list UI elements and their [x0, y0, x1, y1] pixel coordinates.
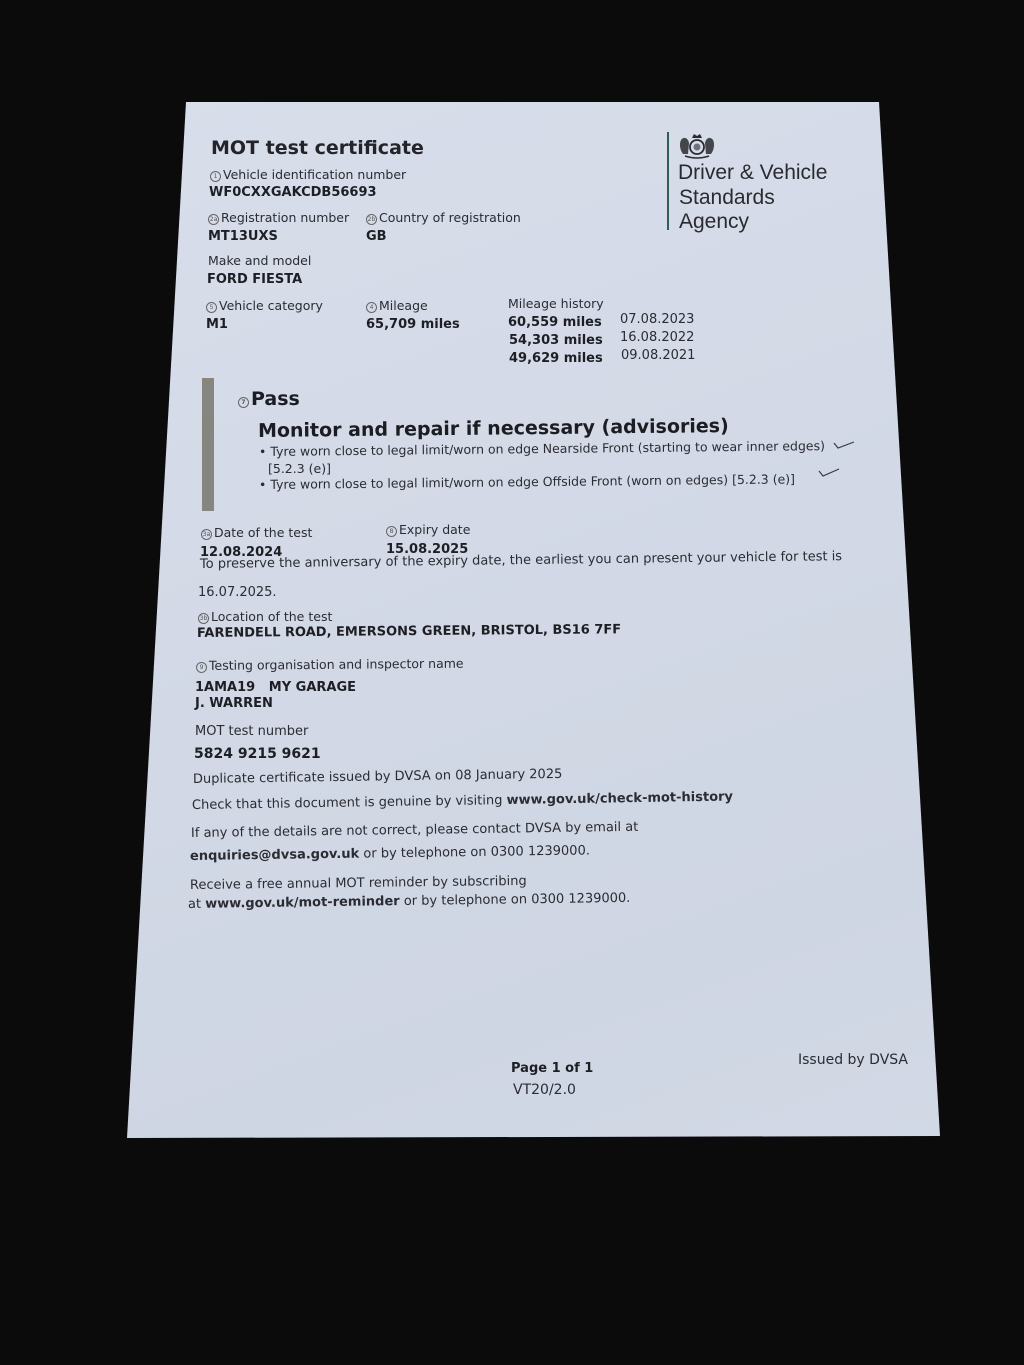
field-number-icon: 3a — [201, 529, 212, 540]
field-number-icon: 9 — [196, 662, 207, 673]
inspector-name: J. WARREN — [195, 696, 273, 711]
check-mot-history-link[interactable]: www.gov.uk/check-mot-history — [506, 790, 733, 809]
make-model-value: FORD FIESTA — [207, 272, 302, 287]
registration-label: 2aRegistration number — [208, 210, 349, 225]
field-number-icon: 8 — [386, 526, 397, 537]
mot-reminder-link[interactable]: www.gov.uk/mot-reminder — [205, 894, 400, 912]
expiry-date-label: 8Expiry date — [386, 522, 470, 537]
genuine-check-note: Check that this document is genuine by v… — [192, 790, 733, 813]
field-number-icon: 2a — [208, 214, 219, 225]
mileage-history-date-1: 07.08.2023 — [620, 312, 694, 327]
anniversary-note-date: 16.07.2025. — [198, 585, 277, 600]
vin-value: WF0CXXGAKCDB56693 — [209, 185, 377, 200]
field-number-icon: 4 — [366, 302, 377, 313]
location-value: FARENDELL ROAD, EMERSONS GREEN, BRISTOL,… — [197, 622, 621, 641]
reminder-note-line2: at www.gov.uk/mot-reminder or by telepho… — [188, 891, 631, 912]
anniversary-note: To preserve the anniversary of the expir… — [200, 549, 842, 572]
agency-name-line2: Standards — [679, 186, 775, 210]
handwritten-tick-icon — [833, 440, 855, 450]
handwritten-tick-icon — [818, 468, 840, 478]
contact-note-line2: enquiries@dvsa.gov.uk or by telephone on… — [190, 843, 590, 864]
agency-name-line1: Driver & Vehicle — [678, 161, 827, 185]
registration-value: MT13UXS — [208, 229, 278, 244]
issued-by: Issued by DVSA — [798, 1052, 908, 1068]
test-number-value: 5824 9215 9621 — [194, 746, 321, 762]
reminder-note-line1: Receive a free annual MOT reminder by su… — [190, 874, 527, 893]
page-number: Page 1 of 1 — [511, 1061, 593, 1076]
testing-org-label: 9Testing organisation and inspector name — [196, 656, 464, 673]
field-number-icon: 7 — [238, 397, 249, 408]
mileage-value: 65,709 miles — [366, 317, 460, 332]
field-number-icon: 5 — [206, 302, 217, 313]
mileage-history-miles-3: 49,629 miles — [509, 351, 603, 366]
mileage-history-date-2: 16.08.2022 — [620, 330, 694, 345]
result-status: 7Pass — [238, 388, 300, 410]
country-label: 2bCountry of registration — [366, 210, 521, 225]
field-number-icon: 1 — [210, 171, 221, 182]
location-label: 3bLocation of the test — [198, 609, 332, 624]
test-date-label: 3aDate of the test — [201, 525, 312, 540]
contact-note-line1: If any of the details are not correct, p… — [191, 820, 639, 841]
advisory-item-1: • Tyre worn close to legal limit/worn on… — [259, 438, 825, 459]
advisories-heading: Monitor and repair if necessary (advisor… — [258, 415, 729, 442]
mileage-history-miles-2: 54,303 miles — [509, 333, 603, 348]
advisory-item-1-ref: [5.2.3 (e)] — [268, 461, 331, 476]
test-number-label: MOT test number — [195, 724, 308, 739]
advisory-item-2: • Tyre worn close to legal limit/worn on… — [259, 471, 795, 492]
document-title: MOT test certificate — [211, 137, 424, 159]
mileage-history-date-3: 09.08.2021 — [621, 348, 695, 363]
royal-coat-of-arms-icon — [676, 130, 718, 160]
result-status-bar — [202, 378, 214, 511]
mileage-history-label: Mileage history — [508, 296, 604, 311]
vin-label: 1Vehicle identification number — [210, 167, 406, 182]
duplicate-note: Duplicate certificate issued by DVSA on … — [193, 767, 563, 787]
field-number-icon: 3b — [198, 613, 209, 624]
mileage-label: 4Mileage — [366, 298, 428, 313]
make-model-label: Make and model — [208, 253, 311, 268]
form-code: VT20/2.0 — [513, 1082, 576, 1098]
agency-logo-divider — [667, 132, 669, 230]
dvsa-email-link[interactable]: enquiries@dvsa.gov.uk — [190, 847, 359, 864]
agency-name-line3: Agency — [679, 210, 749, 234]
category-label: 5Vehicle category — [206, 298, 323, 313]
certificate-content: MOT test certificate Driver & Vehicle St… — [0, 0, 1024, 1365]
field-number-icon: 2b — [366, 214, 377, 225]
country-value: GB — [366, 229, 387, 244]
category-value: M1 — [206, 317, 228, 332]
testing-org-value: 1AMA19 MY GARAGE — [195, 680, 356, 695]
mileage-history-miles-1: 60,559 miles — [508, 315, 602, 330]
